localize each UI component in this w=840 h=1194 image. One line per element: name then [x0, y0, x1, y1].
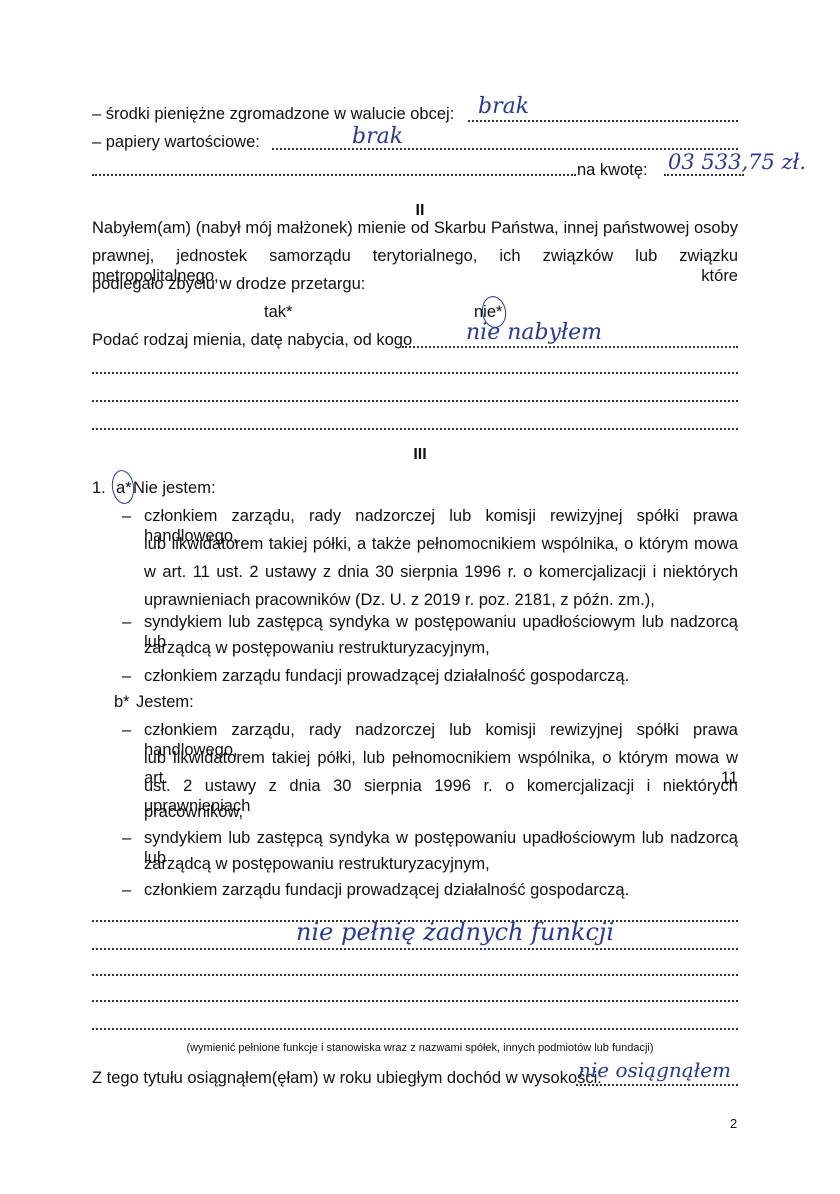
bullet-dash: – [122, 828, 131, 848]
functions-caption: (wymienić pełnione funkcje i stanowiska … [0, 1042, 840, 1054]
detail-value: nie nabyłem [466, 320, 602, 345]
a-bullet-1-line-2: lub likwidatorem takiej półki, a także p… [144, 534, 738, 554]
section-ii-paragraph-line-3: podlegało zbyciu w drodze przetargu: [92, 274, 365, 294]
securities-label: – papiery wartościowe: [92, 132, 260, 152]
bullet-dash: – [122, 880, 131, 900]
option-b-marker[interactable]: b* [114, 692, 130, 712]
a-bullet-1-line-4: uprawnieniach pracowników (Dz. U. z 2019… [144, 590, 655, 610]
option-b-heading: Jestem: [136, 692, 194, 712]
functions-value: nie pełnię żadnych funkcji [296, 918, 614, 946]
a-bullet-1-line-3: w art. 11 ust. 2 ustawy z dnia 30 sierpn… [144, 562, 738, 582]
b-bullet-2-line-2: zarządcą w postępowaniu restrukturyzacyj… [144, 854, 490, 874]
b-bullet-3-line-1: członkiem zarządu fundacji prowadzącej d… [144, 880, 629, 900]
option-yes[interactable]: tak* [264, 302, 292, 322]
page-number: 2 [730, 1114, 737, 1134]
detail-label: Podać rodzaj mienia, datę nabycia, od ko… [92, 330, 412, 350]
a-bullet-2-line-2: zarządcą w postępowaniu restrukturyzacyj… [144, 638, 490, 658]
detail-field-line2[interactable] [92, 370, 738, 374]
section-iii-numeral: III [0, 446, 840, 464]
a-bullet-3-line-1: członkiem zarządu fundacji prowadzącej d… [144, 666, 629, 686]
functions-field-line5[interactable] [92, 1026, 738, 1030]
detail-field-line4[interactable] [92, 426, 738, 430]
option-a-heading: Nie jestem: [133, 478, 216, 498]
foreign-currency-value: brak [478, 94, 529, 119]
section-ii-paragraph-line-1: Nabyłem(am) (nabył mój małżonek) mienie … [92, 218, 738, 238]
income-value: nie osiągnąłem [578, 1058, 731, 1082]
functions-field-line4[interactable] [92, 998, 738, 1002]
amount-label: na kwotę: [577, 160, 648, 180]
income-field[interactable] [576, 1082, 738, 1086]
bullet-dash: – [122, 720, 131, 740]
bullet-dash: – [122, 612, 131, 632]
amount-value: 03 533,75 zł. [668, 150, 806, 174]
functions-field-line3[interactable] [92, 972, 738, 976]
bullet-dash: – [122, 506, 131, 526]
detail-field-line3[interactable] [92, 398, 738, 402]
item-number: 1. [92, 478, 106, 498]
declaration-page: – środki pieniężne zgromadzone w walucie… [0, 0, 840, 1194]
foreign-currency-label: – środki pieniężne zgromadzone w walucie… [92, 104, 454, 124]
functions-field-line2[interactable] [92, 946, 738, 950]
income-label: Z tego tytułu osiągnąłem(ęłam) w roku ub… [92, 1068, 602, 1088]
b-bullet-1-line-4: pracowników, [144, 802, 243, 822]
bullet-dash: – [122, 666, 131, 686]
securities-field-line2[interactable] [92, 172, 576, 176]
securities-value: brak [352, 124, 403, 149]
